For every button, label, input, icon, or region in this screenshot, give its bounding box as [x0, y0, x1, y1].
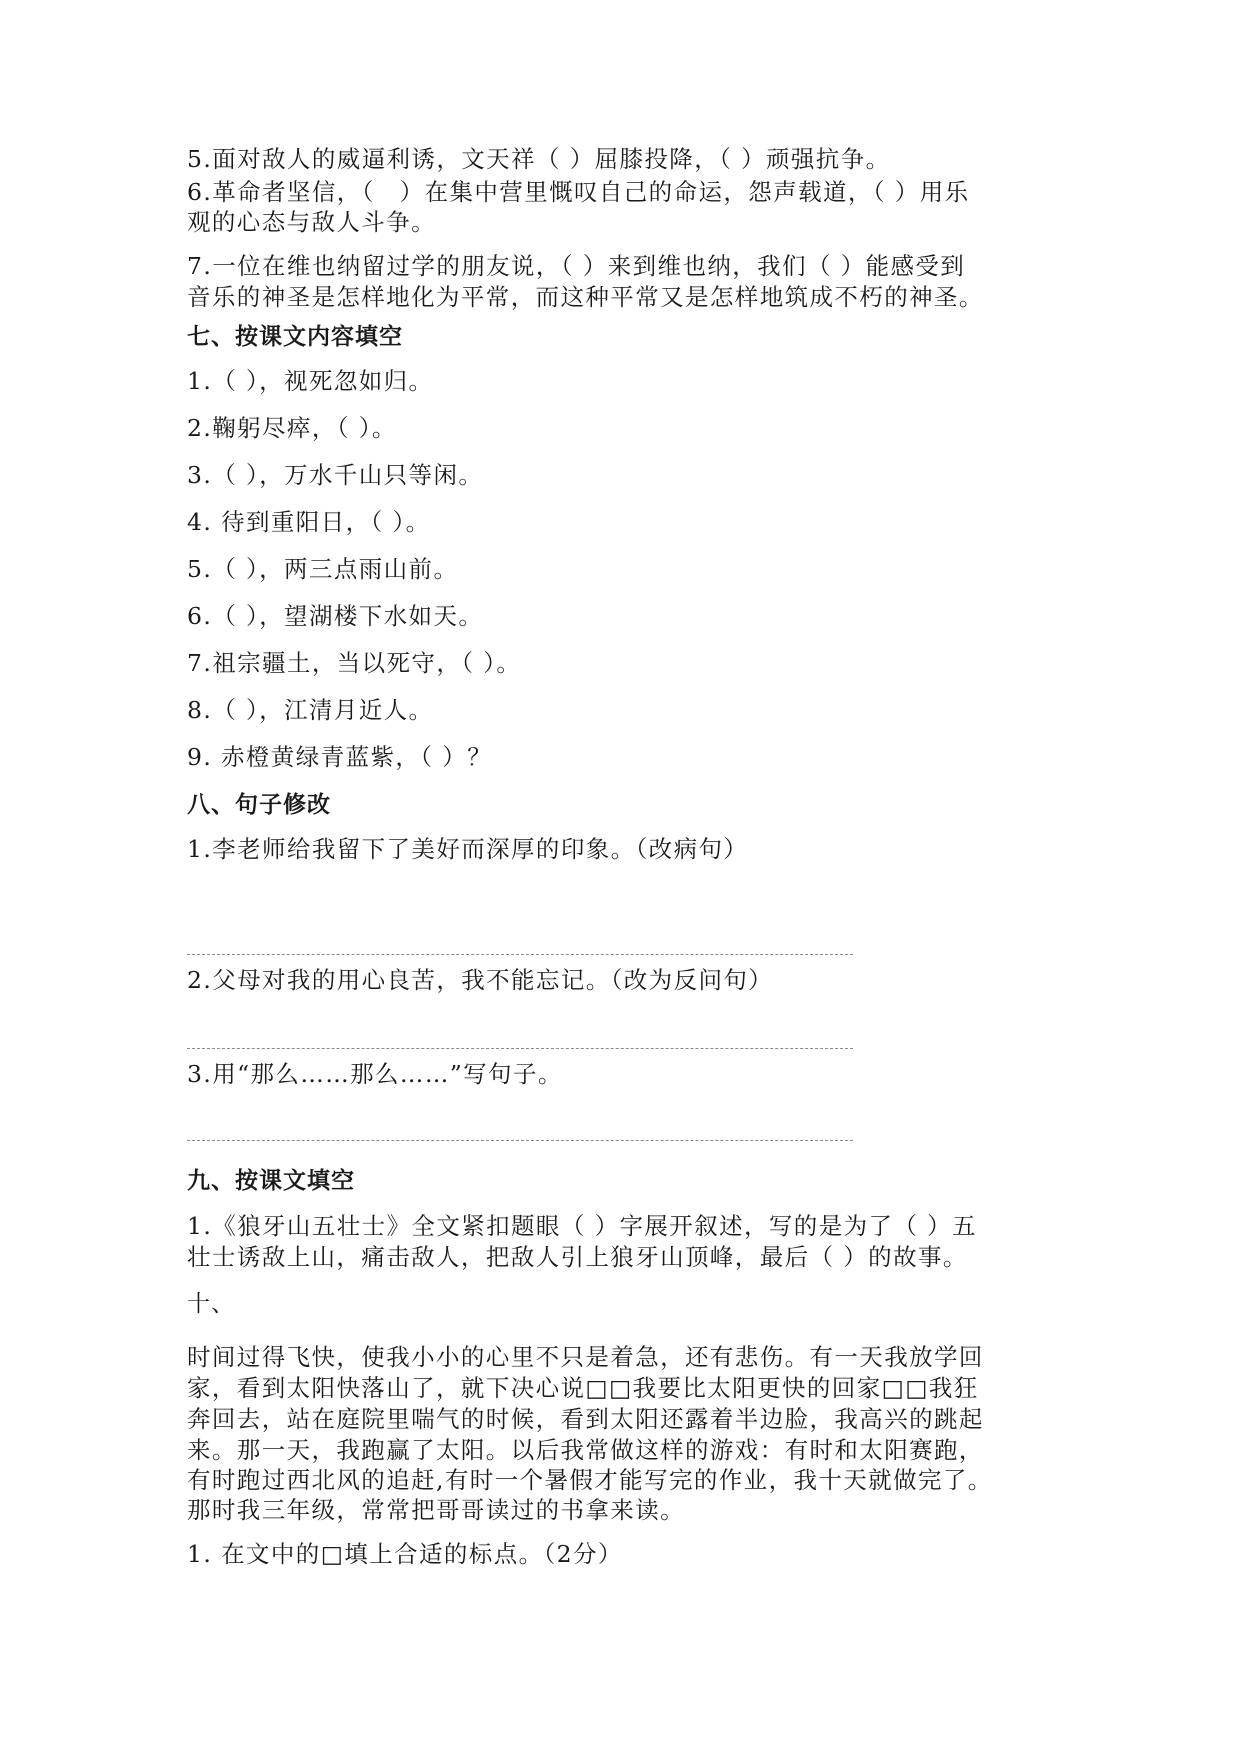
- passage-line-6: 那时我三年级，常常把哥哥读过的书拿来读。: [187, 1496, 685, 1524]
- question-7-5: 5.（ ），两三点雨山前。: [187, 555, 458, 583]
- question-10-1: 1. 在文中的□填上合适的标点。（2分）: [187, 1540, 623, 1568]
- section-10-heading: 十、: [187, 1290, 235, 1318]
- section-9-heading: 九、按课文填空: [187, 1167, 355, 1195]
- passage-line-4: 来。那一天，我跑赢了太阳。以后我常做这样的游戏：有时和太阳赛跑，: [187, 1436, 984, 1464]
- question-7-8: 8.（ ），江清月近人。: [187, 696, 433, 724]
- question-6-6-line2: 观的心态与敌人斗争。: [187, 208, 436, 236]
- passage-line-2: 家，看到太阳快落山了，就下决心说□□我要比太阳更快的回家□□我狂: [187, 1374, 979, 1402]
- question-7-7: 7.祖宗疆土，当以死守，（ ）。: [187, 649, 521, 677]
- passage-line-5: 有时跑过西北风的追赶,有时一个暑假才能写完的作业，我十天就做完了。: [187, 1466, 993, 1494]
- question-6-7-line2: 音乐的神圣是怎样地化为平常，而这种平常又是怎样地筑成不朽的神圣。: [187, 283, 984, 311]
- answer-line-8-2[interactable]: [187, 1048, 853, 1049]
- question-6-6-line1: 6.革命者坚信，（ ）在集中营里慨叹自己的命运，怨声载道，（ ）用乐: [187, 178, 970, 206]
- answer-line-8-1[interactable]: [187, 954, 853, 955]
- section-7-heading: 七、按课文内容填空: [187, 323, 403, 351]
- question-7-1: 1.（ ），视死忽如归。: [187, 367, 433, 395]
- question-7-2: 2.鞠躬尽瘁，（ ）。: [187, 414, 397, 442]
- question-8-1: 1.李老师给我留下了美好而深厚的印象。（改病句）: [187, 835, 748, 863]
- question-9-1-line2: 壮士诱敌上山，痛击敌人，把敌人引上狼牙山顶峰，最后（ ）的故事。: [187, 1243, 968, 1271]
- section-8-heading: 八、句子修改: [187, 791, 331, 819]
- question-8-2: 2.父母对我的用心良苦，我不能忘记。（改为反问句）: [187, 966, 773, 994]
- question-8-3: 3.用“那么……那么……”写句子。: [187, 1060, 563, 1088]
- passage-line-3: 奔回去，站在庭院里喘气的时候，看到太阳还露着半边脸，我高兴的跳起: [187, 1405, 984, 1433]
- passage-line-1: 时间过得飞快，使我小小的心里不只是着急，还有悲伤。有一天我放学回: [187, 1343, 984, 1371]
- question-7-9: 9. 赤橙黄绿青蓝紫，（ ）？: [187, 743, 492, 771]
- question-9-1-line1: 1.《狼牙山五壮士》全文紧扣题眼（ ）字展开叙述，写的是为了（ ）五: [187, 1212, 977, 1240]
- question-7-6: 6.（ ），望湖楼下水如天。: [187, 602, 483, 630]
- question-6-7-line1: 7.一位在维也纳留过学的朋友说，（ ）来到维也纳，我们（ ）能感受到: [187, 252, 965, 280]
- question-7-3: 3.（ ），万水千山只等闲。: [187, 461, 483, 489]
- question-6-5: 5.面对敌人的威逼利诱，文天祥（ ）屈膝投降，（ ）顽强抗争。: [187, 145, 891, 173]
- question-7-4: 4. 待到重阳日，（ ）。: [187, 508, 431, 536]
- answer-line-8-3[interactable]: [187, 1140, 853, 1141]
